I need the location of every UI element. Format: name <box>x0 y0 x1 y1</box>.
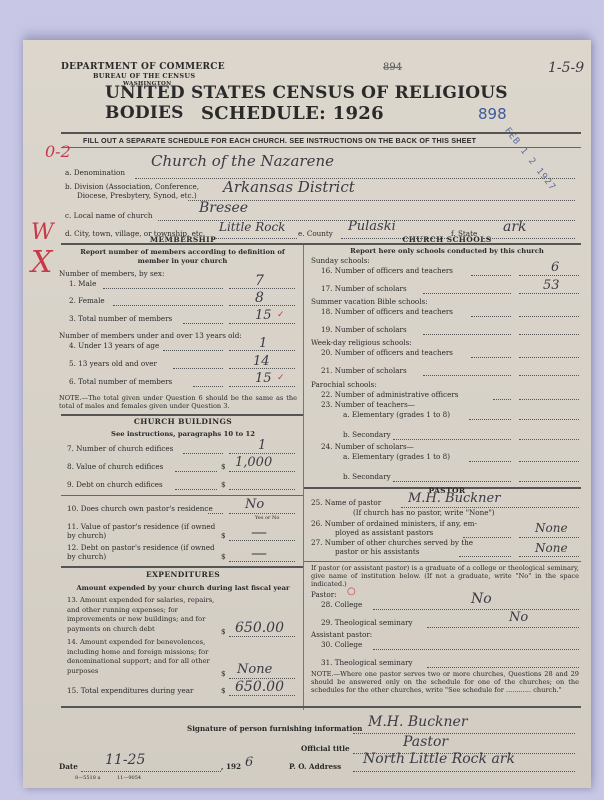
membership-heading: MEMBERSHIP <box>63 235 303 244</box>
asst-college-label: 30. College <box>321 640 362 649</box>
weekday-officers-value-line <box>519 357 579 358</box>
red-side-mark: W <box>31 220 54 245</box>
footer-rule <box>61 706 581 708</box>
admin-officers-line <box>493 399 511 400</box>
sunday-officers-line <box>471 275 511 276</box>
sunday-officers-value[interactable]: 6 <box>551 260 559 275</box>
weekday-scholars-line <box>423 375 511 376</box>
other-churches-label: 27. Number of other churches served by t… <box>311 538 473 547</box>
asst-seminary-line <box>427 667 579 668</box>
division-label: b. Division (Association, Conference, <box>65 182 199 191</box>
po-address-label: P. O. Address <box>289 762 341 771</box>
currency-symbol-7: $ <box>221 686 226 695</box>
pastor-name-value[interactable]: M.H. Buckner <box>408 491 500 506</box>
division-label-2: Diocese, Presbytery, Synod, etc.) <box>77 191 197 200</box>
female-value[interactable]: 8 <box>255 290 264 306</box>
county-value[interactable]: Pulaski <box>348 219 396 234</box>
total-expenditures-amount[interactable]: 650.00 <box>235 679 284 695</box>
teachers-secondary-line <box>393 439 511 440</box>
sunday-schools-label: Sunday schools: <box>311 256 370 265</box>
ordained-value-line <box>519 537 579 538</box>
teachers-label: 23. Number of teachers— <box>321 400 415 409</box>
pastor-note: NOTE.—Where one pastor serves two or mor… <box>311 670 579 694</box>
scholars-elementary-label: a. Elementary (grades 1 to 8) <box>343 452 450 461</box>
owns-residence-line <box>208 513 223 514</box>
signature-label: Signature of person furnishing informati… <box>187 724 362 733</box>
date-stamp: FEB 1 2 1927 <box>502 126 557 193</box>
scholars-label: 24. Number of scholars— <box>321 442 414 451</box>
red-check-icon: ✓ <box>277 310 285 320</box>
male-line <box>103 288 223 289</box>
owns-residence-value-line <box>229 513 295 514</box>
seminary-line <box>427 627 579 628</box>
scholars-secondary-label: b. Secondary <box>343 472 391 481</box>
header-rule <box>61 132 581 134</box>
census-form-sheet: DEPARTMENT OF COMMERCE BUREAU OF THE CEN… <box>23 40 591 788</box>
red-check-icon-2: ✓ <box>277 373 285 383</box>
department-label: DEPARTMENT OF COMMERCE <box>61 62 225 72</box>
column-divider <box>303 245 304 710</box>
weekday-schools-label: Week-day religious schools: <box>311 338 412 347</box>
parochial-schools-label: Parochial schools: <box>311 380 377 389</box>
admin-officers-label: 22. Number of administrative officers <box>321 390 458 399</box>
pastor-inner-rule <box>304 561 581 562</box>
benevolences-amount[interactable]: None <box>237 662 272 677</box>
signature-value[interactable]: M.H. Buckner <box>368 714 468 730</box>
official-title-value[interactable]: Pastor <box>403 734 448 750</box>
buildings-heading: CHURCH BUILDINGS <box>63 417 303 426</box>
under-13-line <box>163 350 223 351</box>
total-line <box>183 323 223 324</box>
schedule-number: 898 <box>478 105 507 123</box>
handwritten-code: 1-5-9 <box>548 60 584 76</box>
sunday-officers-value-line <box>519 275 579 276</box>
college-line <box>373 609 579 610</box>
po-address-line <box>353 771 575 772</box>
college-label: 28. College <box>321 600 362 609</box>
residence-value-label: 11. Value of pastor's residence (if owne… <box>67 522 217 540</box>
sunday-scholars-label: 17. Number of scholars <box>321 284 407 293</box>
total-2-line <box>193 386 223 387</box>
other-churches-line <box>459 556 511 557</box>
total-members-value[interactable]: 15 <box>255 308 272 323</box>
other-churches-value-line <box>519 556 579 557</box>
age-label: Number of members under and over 13 year… <box>59 331 242 340</box>
currency-symbol: $ <box>221 462 226 471</box>
scholars-elementary-value-line <box>519 461 579 462</box>
summer-officers-label: 18. Number of officers and teachers <box>321 307 453 316</box>
asst-college-line <box>373 649 579 650</box>
over-13-line <box>173 368 223 369</box>
summer-schools-label: Summer vacation Bible schools: <box>311 297 428 306</box>
schools-subheading: Report here only schools conducted by th… <box>307 247 587 255</box>
division-value[interactable]: Arkansas District <box>223 178 355 196</box>
scholars-secondary-value-line <box>519 481 579 482</box>
struck-number: 894 <box>383 62 402 73</box>
female-label: 2. Female <box>69 296 105 305</box>
ordained-value[interactable]: None <box>535 521 568 535</box>
pastor-name-hint: (If church has no pastor, write "None") <box>353 508 495 517</box>
total-value-line <box>229 323 295 324</box>
po-address-value[interactable]: North Little Rock ark <box>363 751 515 767</box>
denomination-line <box>135 178 575 179</box>
red-circle-mark: ○ <box>347 586 356 597</box>
male-value[interactable]: 7 <box>255 273 264 289</box>
asst-seminary-label: 31. Theological seminary <box>321 658 413 667</box>
sunday-scholars-line <box>423 293 511 294</box>
date-value[interactable]: 11-25 <box>105 752 145 768</box>
salaries-amount[interactable]: 650.00 <box>235 620 284 636</box>
total-members-2-label: 6. Total number of members <box>69 377 172 386</box>
bureau-label: BUREAU OF THE CENSUS <box>93 72 195 80</box>
total-expenditures-line <box>229 695 295 696</box>
teachers-elementary-line <box>469 419 511 420</box>
buildings-inner-rule <box>61 495 303 496</box>
female-line <box>113 305 223 306</box>
instruction-banner: FILL OUT A SEPARATE SCHEDULE FOR EACH CH… <box>83 136 476 145</box>
seminary-label: 29. Theological seminary <box>321 618 413 627</box>
edifice-debt-line <box>175 489 217 490</box>
assistant-pastor-label: Assistant pastor: <box>311 630 372 639</box>
sunday-scholars-value[interactable]: 53 <box>543 278 560 293</box>
total-members-label: 3. Total number of members <box>69 314 172 323</box>
graduate-note: If pastor (or assistant pastor) is a gra… <box>311 564 579 588</box>
year-prefix: , 192 <box>221 762 241 771</box>
teachers-secondary-label: b. Secondary <box>343 430 391 439</box>
weekday-scholars-label: 21. Number of scholars <box>321 366 407 375</box>
currency-symbol-4: $ <box>221 552 226 561</box>
residence-value-amount[interactable]: — <box>251 522 267 541</box>
city-value[interactable]: Little Rock <box>219 220 285 234</box>
benevolences-label: 14. Amount expended for benevolences, in… <box>67 638 217 676</box>
sunday-officers-label: 16. Number of officers and teachers <box>321 266 453 275</box>
local-name-label: c. Local name of church <box>65 211 153 220</box>
teachers-elementary-label: a. Elementary (grades 1 to 8) <box>343 410 450 419</box>
weekday-officers-label: 20. Number of officers and teachers <box>321 348 453 357</box>
local-name-value[interactable]: Bresee <box>199 200 248 216</box>
edifice-debt-amount-line <box>229 489 295 490</box>
expenditures-subheading: Amount expended by your church during la… <box>63 584 303 592</box>
pastor-label: Pastor: <box>311 590 337 599</box>
teachers-secondary-value-line <box>519 439 579 440</box>
ordained-label: 26. Number of ordained ministers, if any… <box>311 519 477 528</box>
yes-no-hint: Yes or No <box>255 515 279 521</box>
edifice-amount-line <box>229 471 295 472</box>
currency-symbol-3: $ <box>221 531 226 540</box>
summer-scholars-value-line <box>519 334 579 335</box>
edifice-debt-label: 9. Debt on church edifices <box>67 480 163 489</box>
edifices-line <box>183 453 223 454</box>
membership-subheading: Report number of members according to de… <box>75 248 290 266</box>
college-value[interactable]: No <box>471 591 492 607</box>
by-sex-label: Number of members, by sex: <box>59 269 164 278</box>
edifice-value-line <box>175 471 217 472</box>
red-code: 0-2 <box>45 142 71 161</box>
denomination-label: a. Denomination <box>65 168 125 177</box>
other-churches-label-2: pastor or his assistants <box>335 547 420 556</box>
scholars-elementary-line <box>469 461 511 462</box>
membership-note: NOTE.—The total given under Question 6 s… <box>59 394 297 410</box>
official-title-label: Official title <box>301 744 350 753</box>
sunday-scholars-value-line <box>519 293 579 294</box>
owns-residence-label: 10. Does church own pastor's residence <box>67 504 213 513</box>
over-13-value[interactable]: 14 <box>253 354 270 369</box>
total-expenditures-label: 15. Total expenditures during year <box>67 686 193 695</box>
total-2-value-line <box>229 386 295 387</box>
currency-symbol-6: $ <box>221 669 226 678</box>
date-line <box>81 771 221 772</box>
under-13-label: 4. Under 13 years of age <box>69 341 159 350</box>
under-13-value[interactable]: 1 <box>259 336 267 351</box>
buildings-rule <box>61 566 303 568</box>
scholars-secondary-line <box>393 481 511 482</box>
currency-symbol-2: $ <box>221 480 226 489</box>
form-code: 8—5518 a <box>75 775 100 781</box>
date-label: Date <box>59 762 78 771</box>
teachers-elementary-value-line <box>519 419 579 420</box>
edifices-value-line <box>229 453 295 454</box>
currency-symbol-5: $ <box>221 627 226 636</box>
summer-scholars-line <box>423 334 511 335</box>
seminary-value[interactable]: No <box>509 610 528 625</box>
buildings-subheading: See instructions, paragraphs 10 to 12 <box>63 430 303 438</box>
red-x-mark: X <box>31 245 52 280</box>
summer-officers-value-line <box>519 316 579 317</box>
total-members-2-value[interactable]: 15 <box>255 371 272 386</box>
salaries-label: 13. Amount expended for salaries, repair… <box>67 596 217 634</box>
header-rule-2 <box>61 147 581 148</box>
denomination-value[interactable]: Church of the Nazarene <box>151 152 334 170</box>
signature-line <box>353 733 575 734</box>
residence-debt-amount[interactable]: — <box>251 543 267 562</box>
expenditures-heading: EXPENDITURES <box>63 570 303 579</box>
over-13-label: 5. 13 years old and over <box>69 359 157 368</box>
membership-rule <box>61 414 303 416</box>
salaries-line <box>229 636 295 637</box>
ordained-label-2: ployed as assistant pastors <box>335 528 433 537</box>
form-subtitle: SCHEDULE: 1926 <box>201 103 384 124</box>
summer-scholars-label: 19. Number of scholars <box>321 325 407 334</box>
schools-heading: CHURCH SCHOOLS <box>307 235 587 244</box>
weekday-officers-line <box>471 357 511 358</box>
owns-residence-value[interactable]: No <box>245 497 264 512</box>
year-value[interactable]: 6 <box>245 755 253 770</box>
male-label: 1. Male <box>69 279 96 288</box>
print-code: 11—9054 <box>117 775 141 781</box>
state-value[interactable]: ark <box>503 219 527 235</box>
residence-debt-label: 12. Debt on pastor's residence (if owned… <box>67 543 217 561</box>
pastor-name-label: 25. Name of pastor <box>311 498 381 507</box>
edifice-value-label: 8. Value of church edifices <box>67 462 163 471</box>
summer-officers-line <box>471 316 511 317</box>
edifice-value-amount[interactable]: 1,000 <box>235 455 272 470</box>
admin-officers-value-line <box>519 399 579 400</box>
weekday-scholars-value-line <box>519 375 579 376</box>
edifices-value[interactable]: 1 <box>258 438 266 453</box>
other-churches-value[interactable]: None <box>535 541 568 555</box>
edifices-label: 7. Number of church edifices <box>67 444 173 453</box>
